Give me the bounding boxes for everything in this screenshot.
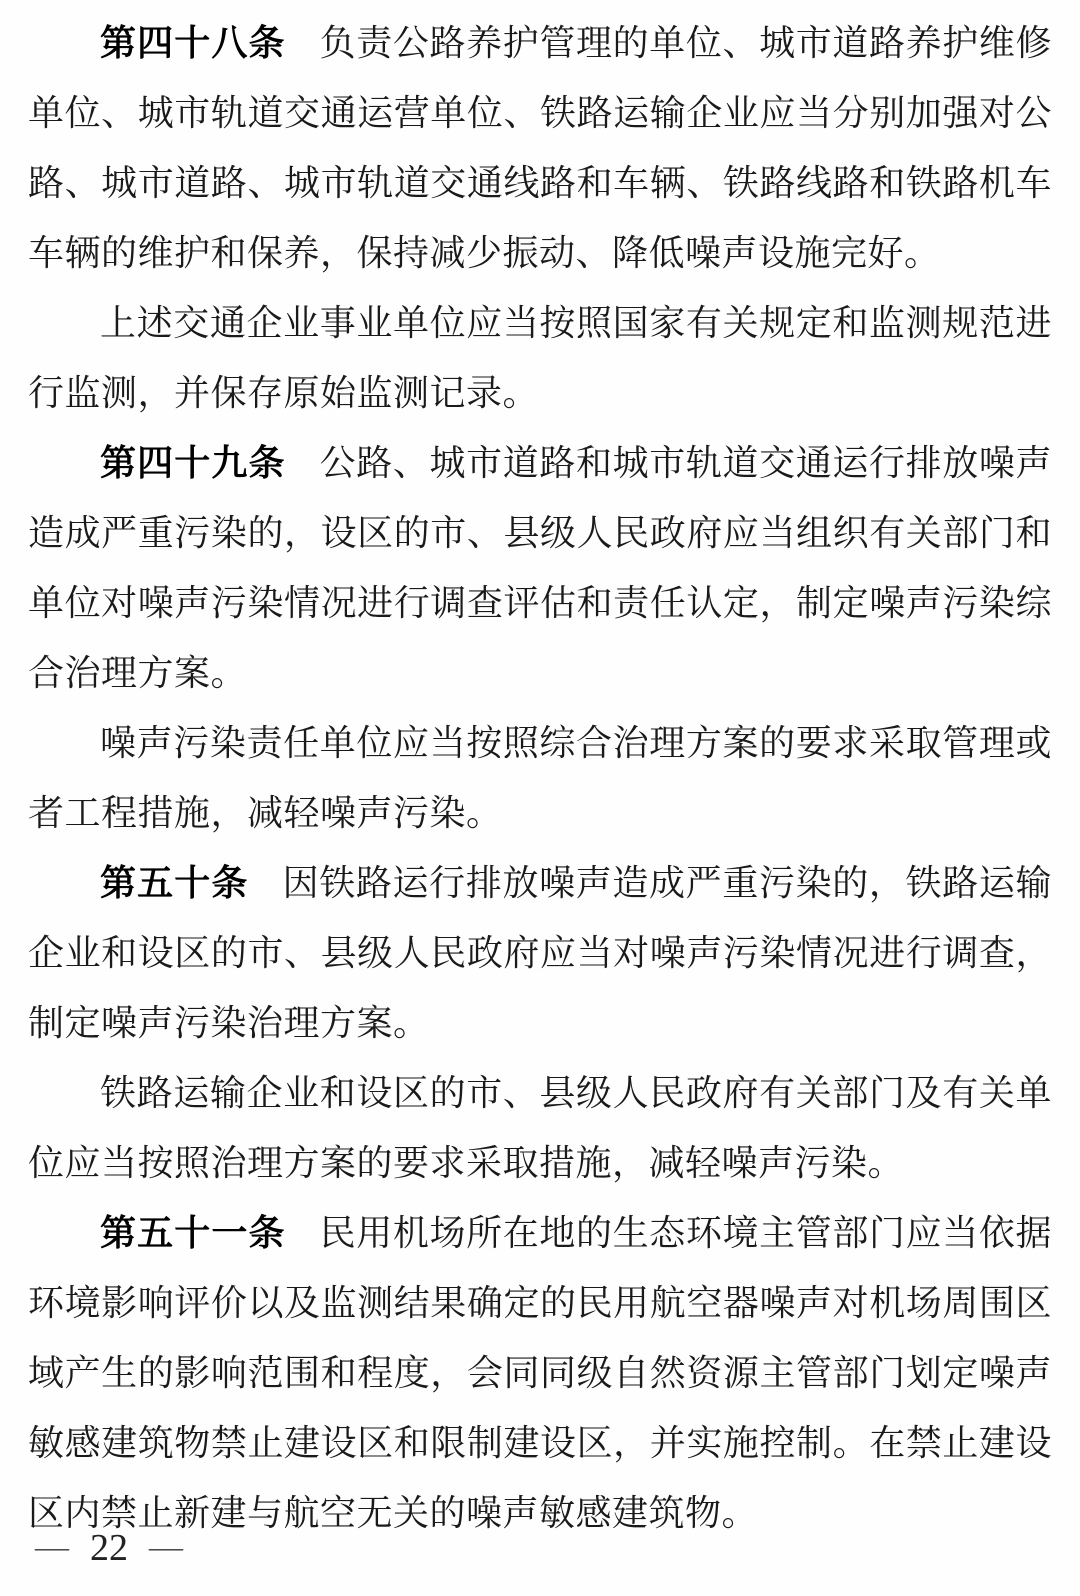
article-49-paragraph-2-text: 噪声污染责任单位应当按照综合治理方案的要求采取管理或者工程措施，减轻噪声污染。 bbox=[28, 723, 1052, 833]
article-48-number: 第四十八条 bbox=[100, 22, 286, 63]
law-text-block: 第四十八条负责公路养护管理的单位、城市道路养护维修单位、城市轨道交通运营单位、铁… bbox=[28, 8, 1052, 1548]
page-number: — 22 — bbox=[35, 1526, 183, 1570]
article-50-number: 第五十条 bbox=[100, 862, 249, 903]
article-48-paragraph-2-text: 上述交通企业事业单位应当按照国家有关规定和监测规范进行监测，并保存原始监测记录。 bbox=[28, 303, 1052, 413]
article-51-text: 民用机场所在地的生态环境主管部门应当依据环境影响评价以及监测结果确定的民用航空器… bbox=[28, 1213, 1052, 1533]
article-49-paragraph-2: 噪声污染责任单位应当按照综合治理方案的要求采取管理或者工程措施，减轻噪声污染。 bbox=[28, 708, 1052, 848]
page-number-value: 22 bbox=[90, 1526, 128, 1570]
document-page: 第四十八条负责公路养护管理的单位、城市道路养护维修单位、城市轨道交通运营单位、铁… bbox=[0, 0, 1080, 1596]
article-48-paragraph: 第四十八条负责公路养护管理的单位、城市道路养护维修单位、城市轨道交通运营单位、铁… bbox=[28, 8, 1052, 288]
article-50-paragraph-2: 铁路运输企业和设区的市、县级人民政府有关部门及有关单位应当按照治理方案的要求采取… bbox=[28, 1058, 1052, 1198]
article-50-paragraph: 第五十条因铁路运行排放噪声造成严重污染的，铁路运输企业和设区的市、县级人民政府应… bbox=[28, 848, 1052, 1058]
article-50-paragraph-2-text: 铁路运输企业和设区的市、县级人民政府有关部门及有关单位应当按照治理方案的要求采取… bbox=[28, 1073, 1052, 1183]
article-49-paragraph: 第四十九条公路、城市道路和城市轨道交通运行排放噪声造成严重污染的，设区的市、县级… bbox=[28, 428, 1052, 708]
article-48-paragraph-2: 上述交通企业事业单位应当按照国家有关规定和监测规范进行监测，并保存原始监测记录。 bbox=[28, 288, 1052, 428]
page-number-left-dash: — bbox=[35, 1530, 69, 1565]
page-number-right-dash: — bbox=[149, 1530, 183, 1565]
article-49-number: 第四十九条 bbox=[100, 442, 286, 483]
article-51-paragraph: 第五十一条民用机场所在地的生态环境主管部门应当依据环境影响评价以及监测结果确定的… bbox=[28, 1198, 1052, 1548]
article-51-number: 第五十一条 bbox=[100, 1212, 286, 1253]
